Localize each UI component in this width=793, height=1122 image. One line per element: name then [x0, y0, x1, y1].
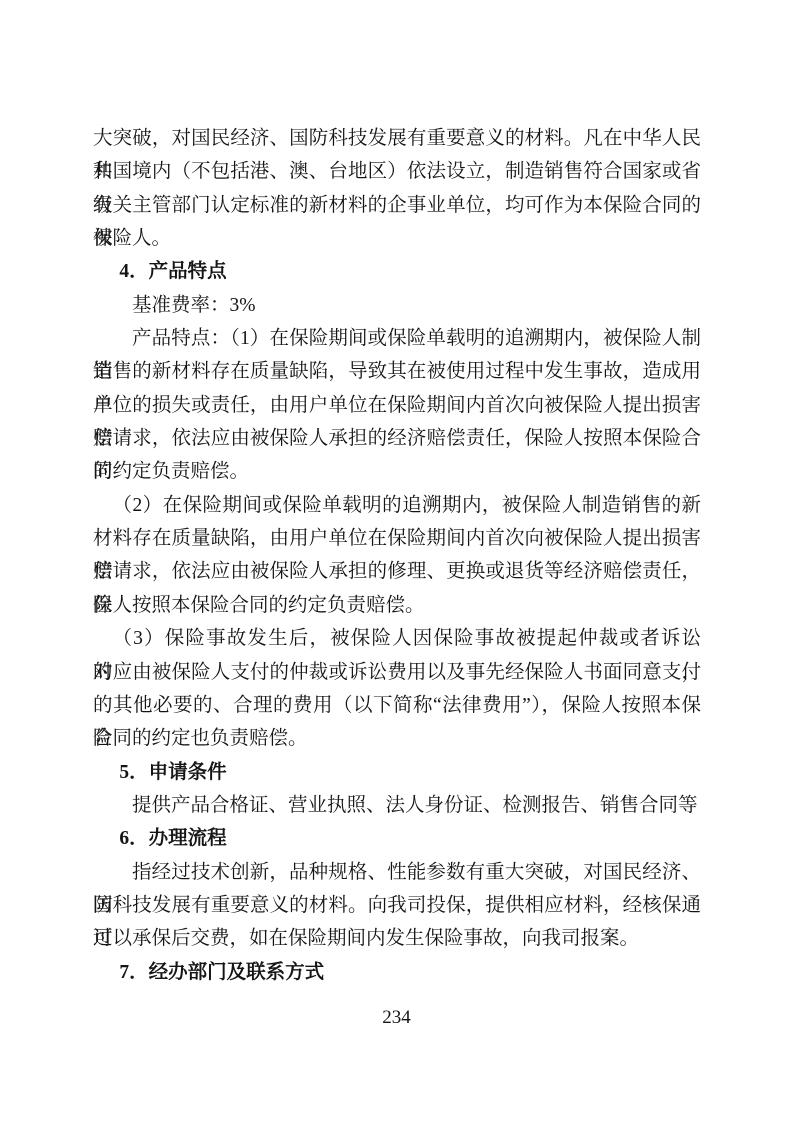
text-line: 险人按照本保险合同的约定负责赔偿。 — [93, 589, 701, 622]
text-line: 合同的约定也负责赔偿。 — [93, 722, 701, 755]
section-heading: 5．申请条件 — [93, 756, 701, 789]
text-line: 提供产品合格证、营业执照、法人身份证、检测报告、销售合同等 — [93, 789, 701, 822]
text-line: 有关主管部门认定标准的新材料的企事业单位，均可作为本保险合同的被 — [93, 189, 701, 222]
document-page: 大突破，对国民经济、国防科技发展有重要意义的材料。凡在中华人民共和国境内（不包括… — [0, 0, 793, 1122]
text-line: 产品特点：（1）在保险期间或保险单载明的追溯期内，被保险人制造 — [93, 322, 701, 355]
section-heading: 6．办理流程 — [93, 822, 701, 855]
text-line: 销售的新材料存在质量缺陷，导致其在被使用过程中发生事故，造成用户 — [93, 355, 701, 388]
section-heading: 4．产品特点 — [93, 255, 701, 288]
text-line: 单位的损失或责任，由用户单位在保险期间内首次向被保险人提出损害赔 — [93, 389, 701, 422]
text-line: 指经过技术创新，品种规格、性能参数有重大突破，对国民经济、国 — [93, 856, 701, 889]
text-line: 对应由被保险人支付的仲裁或诉讼费用以及事先经保险人书面同意支付 — [93, 656, 701, 689]
text-line: 材料存在质量缺陷，由用户单位在保险期间内首次向被保险人提出损害赔 — [93, 522, 701, 555]
text-line: 防科技发展有重要意义的材料。向我司投保，提供相应材料，经核保通过 — [93, 889, 701, 922]
section-heading: 7．经办部门及联系方式 — [93, 956, 701, 989]
page-number: 234 — [0, 1003, 793, 1033]
text-line: 可以承保后交费，如在保险期间内发生保险事故，向我司报案。 — [93, 922, 701, 955]
text-line: 的约定负责赔偿。 — [93, 455, 701, 488]
text-line: 偿请求，依法应由被保险人承担的修理、更换或退货等经济赔偿责任，保 — [93, 555, 701, 588]
text-line: 保险人。 — [93, 222, 701, 255]
text-line: 的其他必要的、合理的费用（以下简称“法律费用”），保险人按照本保险 — [93, 689, 701, 722]
text-line: 和国境内（不包括港、澳、台地区）依法设立，制造销售符合国家或省级 — [93, 155, 701, 188]
text-line: 基准费率：3% — [93, 289, 701, 322]
text-line: 大突破，对国民经济、国防科技发展有重要意义的材料。凡在中华人民共 — [93, 122, 701, 155]
text-line: （2）在保险期间或保险单载明的追溯期内，被保险人制造销售的新 — [93, 489, 701, 522]
text-line: （3）保险事故发生后，被保险人因保险事故被提起仲裁或者诉讼的， — [93, 622, 701, 655]
text-line: 偿请求，依法应由被保险人承担的经济赔偿责任，保险人按照本保险合同 — [93, 422, 701, 455]
document-body: 大突破，对国民经济、国防科技发展有重要意义的材料。凡在中华人民共和国境内（不包括… — [93, 122, 701, 989]
